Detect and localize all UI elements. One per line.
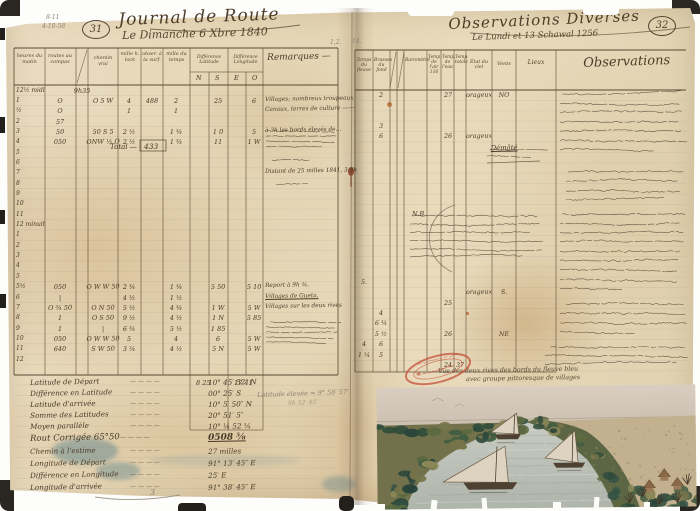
table-cell-text: 7 (16, 169, 20, 176)
table-cell-text: 5 W (248, 335, 261, 343)
table-cell-text: 25 (443, 299, 451, 306)
table-cell-text: 2 (16, 242, 20, 249)
table-cell-text: 1 0 (213, 128, 223, 136)
table-cell-text: orageux (466, 133, 492, 140)
table-cell-text: 3 ¼ (123, 345, 136, 353)
table-cell-text: 3 (379, 123, 383, 130)
table-cell-text: 050 (54, 138, 67, 146)
table-cell-text: Vents (493, 62, 515, 68)
table-cell-text: N (196, 74, 202, 82)
table-cell-text: 5 85 (247, 314, 262, 322)
page-number-right: 32 (648, 16, 676, 36)
table-cell-text: 6 (216, 335, 220, 343)
page-number-left: 31 (82, 20, 110, 39)
table-cell-text: 11 (16, 345, 24, 352)
scanned-journal-spread: 8-11 4-10-58 1,2. 14. 31 32 Journal de R… (0, 0, 700, 511)
table-cell-text: 25 (214, 97, 222, 105)
table-cell-text: 5 (127, 335, 131, 343)
footer-leader: — — — — (130, 447, 160, 454)
table-cell-text: 4 (16, 262, 20, 269)
table-cell-text: orageux (466, 91, 492, 98)
table-cell-text: 5 ½ (375, 330, 387, 337)
table-cell-text: 5 (16, 273, 20, 280)
footer-value: 25′ E (208, 471, 226, 480)
table-cell-text: 1 (127, 107, 131, 115)
table-cell-text: S (215, 74, 219, 82)
table-cell-text: obser. à la surf. (142, 52, 162, 63)
table-cell-text: Lieux (518, 60, 554, 67)
table-cell-text: 10 (16, 200, 24, 207)
table-cell-text: 050 (54, 335, 67, 343)
table-cell-text: 4 (362, 341, 366, 348)
footer-value: 20° 51′ 5″ (208, 410, 244, 420)
table-cell-text: 4 (16, 138, 20, 145)
river-watercolor-illustration (376, 384, 696, 509)
table-cell-text: Remarques — (267, 51, 331, 63)
table-cell-text: Canaux, terres de culture —— (265, 106, 354, 114)
table-cell-text: 5. (361, 279, 367, 286)
table-cell-text: Différence Latitude (190, 55, 228, 65)
scan-artifact (374, 504, 385, 511)
footer-label: Rout Corrigée 65°50 (30, 432, 120, 444)
table-cell-text: 11 (16, 211, 24, 218)
boat-hull (495, 434, 521, 439)
table-cell-text: 4 (379, 310, 383, 317)
table-cell-text: O ¾ 50 (48, 303, 72, 311)
edge-nick (0, 28, 5, 40)
observations-column-header: Observations (583, 53, 670, 71)
table-cell-text: 9 ½ (123, 314, 136, 322)
table-cell-text: 50 S 5 (93, 128, 114, 136)
table-cell-text: S. (501, 289, 507, 296)
table-cell-text: Temp. de l'eau (442, 56, 453, 71)
scan-artifact (408, 8, 454, 16)
table-cell-text: 3 (16, 252, 20, 259)
scan-artifact (430, 500, 437, 511)
table-cell-text: 10 (16, 335, 24, 342)
table-cell-text: 26 (443, 331, 451, 338)
pencil-note: 4-10-58 (42, 23, 65, 30)
edge-nick (0, 117, 5, 133)
table-cell-text: | (102, 325, 104, 333)
table-cell-text: 12 (16, 356, 24, 363)
table-cell-text: 50 (56, 128, 64, 136)
footer-value: 27 milles (208, 446, 241, 456)
footer-leader: — — — — (130, 411, 160, 418)
nb-note-label: N.B. (412, 210, 426, 218)
table-cell-text: 6 (16, 159, 20, 166)
footer-label: Somme des Latitudes (30, 409, 109, 420)
edge-nick (0, 210, 5, 224)
footer-label: Chemin à l'estime (30, 446, 96, 456)
footer-label: Latitude de Départ (30, 377, 99, 387)
table-cell-text: 1 85 (211, 324, 226, 332)
table-cell-text: 6 (379, 133, 383, 140)
table-cell-text: 5 ½ (170, 324, 183, 332)
table-cell-text: NO (499, 91, 510, 98)
scan-artifact (481, 498, 487, 511)
pencil-note: 8-11 (46, 14, 59, 21)
table-cell-text: 24 (443, 362, 451, 369)
hut-base (673, 485, 681, 489)
table-cell-text: 1 ½ (170, 293, 183, 301)
table-cell-text: 5 50 (211, 283, 226, 291)
table-cell-text: État du ciel (467, 60, 491, 71)
footer-label: Longitude de Départ (30, 457, 106, 468)
table-cell-text: 1 ¾ (170, 128, 183, 136)
table-cell-text: 6 (252, 97, 256, 105)
table-cell-text: 2 ¾ (123, 283, 136, 291)
table-cell-text: 1 W (248, 138, 261, 146)
table-cell-text: O W W 50 (86, 283, 119, 292)
table-cell-text: 5 (252, 128, 256, 136)
edge-nick (0, 294, 6, 308)
table-cell-text: 5 ½ (123, 304, 136, 312)
pencil-note: 1,2. (330, 39, 341, 46)
table-cell-text: 6 (379, 341, 383, 348)
footer-value: 10° ¼ 52 ¼ (208, 421, 251, 431)
footer-value: 00° 25′ S (208, 388, 241, 398)
table-cell-text: 2 (379, 91, 383, 98)
table-cell-text: 5 (379, 351, 383, 358)
table-cell-text: heures du matin (15, 54, 44, 65)
footer-leader: — — — — (130, 459, 160, 466)
table-cell-text: 8 (16, 180, 20, 187)
footer-leader: — — — — (130, 422, 160, 429)
table-cell-text: Distant de 25 milles 1841, 3.9h (265, 168, 357, 176)
pencil-note: 14. (352, 38, 362, 45)
table-cell-text: 7 (16, 304, 20, 311)
table-cell-text: O W W 50 (86, 334, 119, 343)
table-cell-text: 1 ¾ (170, 138, 183, 146)
footer-value: 10° 5′ 50″ N (208, 399, 252, 409)
table-cell-text: mille du temps (164, 52, 189, 63)
table-cell-text: Temp. de l'air 116 (428, 56, 440, 76)
table-cell-text: E (234, 74, 239, 82)
table-cell-text: O (252, 74, 257, 82)
footer-leader: — — — — (130, 471, 160, 478)
table-cell-text: 5½ (16, 283, 26, 290)
footer-value: 0508 ⅝ (208, 432, 246, 443)
table-cell-text: S W 50 (91, 345, 115, 353)
scan-artifact (583, 6, 619, 15)
scan-artifact (553, 502, 561, 511)
table-cell-text: 2 (174, 97, 178, 105)
table-cell-text: 8 (16, 314, 20, 321)
total-note-value: 433 (144, 142, 158, 151)
table-cell-text: Temps du fleuve (356, 58, 372, 73)
table-cell-text: Démâté (491, 143, 518, 151)
table-cell-text: 5 W (248, 345, 261, 353)
footer-label: Moyen parallèle (30, 421, 89, 431)
table-cell-text: 6 ¾ (375, 320, 387, 327)
table-cell-text: ONW ½ O (86, 138, 120, 147)
table-cell-text: 4 ½ (170, 314, 183, 322)
edge-nick (339, 496, 354, 511)
table-cell-text: mille h. lock (119, 52, 141, 63)
scan-artifact (644, 502, 650, 511)
table-cell-text: O S 50 (92, 314, 114, 322)
footer-label: Différence en Latitude (30, 387, 112, 398)
table-cell-text: 9 (16, 325, 20, 332)
table-cell-text: 57 (56, 117, 64, 125)
page-subtitle-left: Le Dimanche 6 Xbre 1840 (122, 25, 268, 42)
table-cell-text: Baromètre (405, 58, 426, 63)
table-cell-text: 9h35 (74, 86, 91, 94)
table-cell-text: 11 (214, 138, 222, 146)
table-cell-text: 1 (58, 314, 62, 322)
table-cell-text: 6 (16, 294, 20, 301)
table-cell-text: 1 W (212, 304, 225, 312)
footer-value: 10° 45′ 52″ N (208, 377, 257, 387)
table-cell-text: 1 N (212, 314, 224, 322)
boat-hull (553, 462, 585, 467)
hut-base (660, 477, 668, 481)
table-cell-text: | (59, 293, 61, 301)
table-cell-text: 27 (443, 91, 451, 98)
hut-base (645, 488, 653, 492)
table-cell-text: 5 N (212, 345, 224, 353)
table-cell-text: Différence Longitude (228, 55, 263, 65)
table-cell-text: 5 W (248, 304, 261, 312)
side-note-latitude: Latitude élevée = 9° 58′ 57″ (257, 388, 350, 399)
table-cell-text: Villages de Gueta. (265, 293, 319, 300)
table-cell-text: Report à 9h ¾. (265, 282, 309, 289)
table-cell-text: 37 (456, 362, 464, 369)
table-cell-text: 4 (127, 97, 131, 105)
table-cell-text: 050 (54, 283, 67, 291)
boat-hull (463, 482, 517, 490)
table-cell-text: 6 ¾ (123, 324, 136, 332)
footer-label: Latitude d'arrivée (30, 399, 96, 409)
table-cell-text: O (57, 107, 62, 115)
table-cell-text: 9 (16, 190, 20, 197)
table-cell-text: 5 (16, 149, 20, 156)
table-cell-text: 2 ½ (123, 128, 136, 136)
table-cell-text: 4 ½ (170, 345, 183, 353)
table-cell-text: 2 (16, 118, 20, 125)
table-cell-text: 4 ¾ (170, 304, 183, 312)
table-cell-text: O N 50 (91, 303, 115, 311)
table-cell-text: 2 ½ (123, 138, 136, 146)
table-cell-text: ½ (16, 107, 22, 114)
table-cell-text: NE (499, 331, 509, 338)
side-note-latitude-2: 9h 52′ 45″ (288, 399, 319, 407)
table-cell-text: orageux (466, 289, 492, 296)
table-cell-text: à 3h les bords élevés de… (265, 127, 341, 134)
table-cell-text: 1 (58, 324, 62, 332)
table-cell-text: 12 minuit (16, 221, 45, 228)
table-cell-text: 1 ¾ (170, 283, 183, 291)
table-cell-text: Temp. totale (455, 56, 465, 66)
footer-label: Longitude d'arrivée (30, 481, 102, 492)
footer-value: 91° 38′ 45″ E (208, 482, 256, 492)
footer-leader: — — — — (130, 389, 160, 396)
edge-nick (178, 503, 206, 511)
table-cell-text: 26 (443, 133, 451, 140)
footer-leader: — — — — (120, 434, 150, 441)
scan-artifact (594, 497, 600, 511)
table-cell-text: 3 (16, 128, 20, 135)
footer-leader: — — — — (130, 400, 160, 407)
footer-value: 91° 13′ 45″ E (208, 458, 256, 468)
table-cell-text: 1 (174, 107, 178, 115)
table-cell-text: routes au compas (46, 54, 74, 65)
illustration-caption-2: avec groupe pittoresque de villages (466, 374, 580, 383)
table-cell-text: Villages; nombreux troupeaux (265, 95, 354, 103)
table-cell-text: chemin vrai (89, 56, 117, 67)
footer-leader: — — — — (130, 483, 160, 490)
table-cell-text: 4 ½ (123, 293, 136, 301)
table-cell-text: 488 (146, 97, 159, 105)
table-cell-text: 1 ¼ (358, 351, 370, 358)
table-cell-text: 1 (16, 231, 20, 238)
table-cell-text: Brasses du fond (374, 58, 389, 73)
table-cell-text: O 5 W (93, 96, 113, 104)
table-cell-text: 4 (174, 335, 178, 343)
table-cell-text: 640 (54, 345, 67, 353)
table-cell-text: Villages sur les deux rives (265, 303, 342, 310)
table-cell-text: O (57, 97, 62, 105)
table-cell-text: 1 (16, 97, 20, 104)
table-cell-text: 5 10 (247, 283, 262, 291)
footer-leader: — — — — (130, 378, 160, 385)
table-cell-text: 12½ midi (16, 87, 45, 94)
footer-label: Différence en Longitude (30, 469, 119, 480)
